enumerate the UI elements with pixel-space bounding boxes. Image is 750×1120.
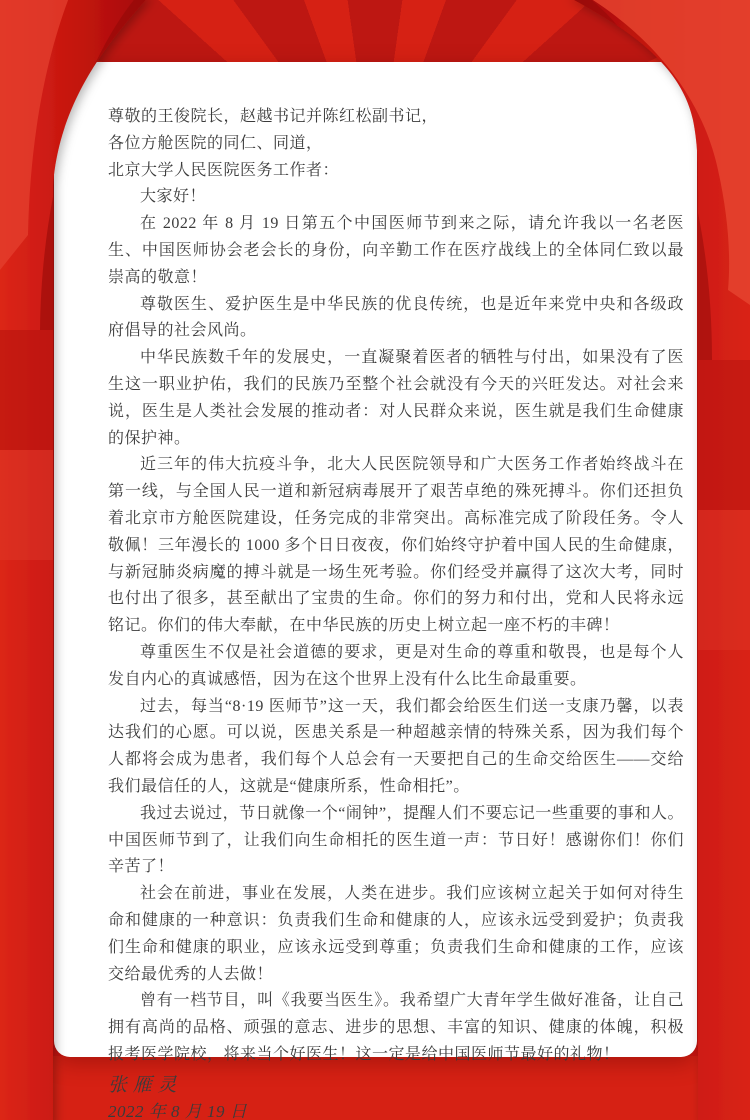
letter-paragraph: 近三年的伟大抗疫斗争，北大人民医院领导和广大医务工作者始终战斗在第一线，与全国人…: [108, 452, 684, 640]
sunburst-top-decoration: [0, 0, 750, 64]
letter-paragraph: 尊重医生不仅是社会道德的要求，更是对生命的尊重和敬畏，也是每个人发自内心的真诚感…: [108, 640, 684, 694]
letter-paragraph: 在 2022 年 8 月 19 日第五个中国医师节到来之际，请允许我以一名老医生…: [108, 211, 684, 291]
letter-paragraph: 中华民族数千年的发展史，一直凝聚着医者的牺牲与付出，如果没有了医生这一职业护佑，…: [108, 345, 684, 452]
salutation-line: 北京大学人民医院医务工作者：: [108, 158, 684, 185]
letter-paper: 尊敬的王俊院长，赵越书记并陈红松副书记， 各位方舱医院的同仁、同道， 北京大学人…: [54, 62, 697, 1057]
letter-date: 2022 年 8 月 19 日: [108, 1099, 670, 1120]
salutation-line: 各位方舱医院的同仁、同道，: [108, 131, 684, 158]
greeting-line: 大家好！: [108, 184, 684, 211]
salutation-line: 尊敬的王俊院长，赵越书记并陈红松副书记，: [108, 104, 684, 131]
letter-paragraph: 尊敬医生、爱护医生是中华民族的优良传统，也是近年来党中央和各级政府倡导的社会风尚…: [108, 292, 684, 346]
letter-page: 尊敬的王俊院长，赵越书记并陈红松副书记， 各位方舱医院的同仁、同道， 北京大学人…: [0, 0, 750, 1120]
letter-paragraph: 我过去说过，节日就像一个“闹钟”，提醒人们不要忘记一些重要的事和人。中国医师节到…: [108, 801, 684, 881]
signature: 张 雁 灵: [108, 1073, 612, 1100]
letter-paragraph: 过去，每当“8·19 医师节”这一天，我们都会给医生们送一支康乃馨，以表达我们的…: [108, 694, 684, 801]
letter-paragraph: 曾有一档节目，叫《我要当医生》。我希望广大青年学生做好准备，让自己拥有高尚的品格…: [108, 988, 684, 1068]
letter-paragraph: 社会在前进，事业在发展，人类在进步。我们应该树立起关于如何对待生命和健康的一种意…: [108, 881, 684, 988]
